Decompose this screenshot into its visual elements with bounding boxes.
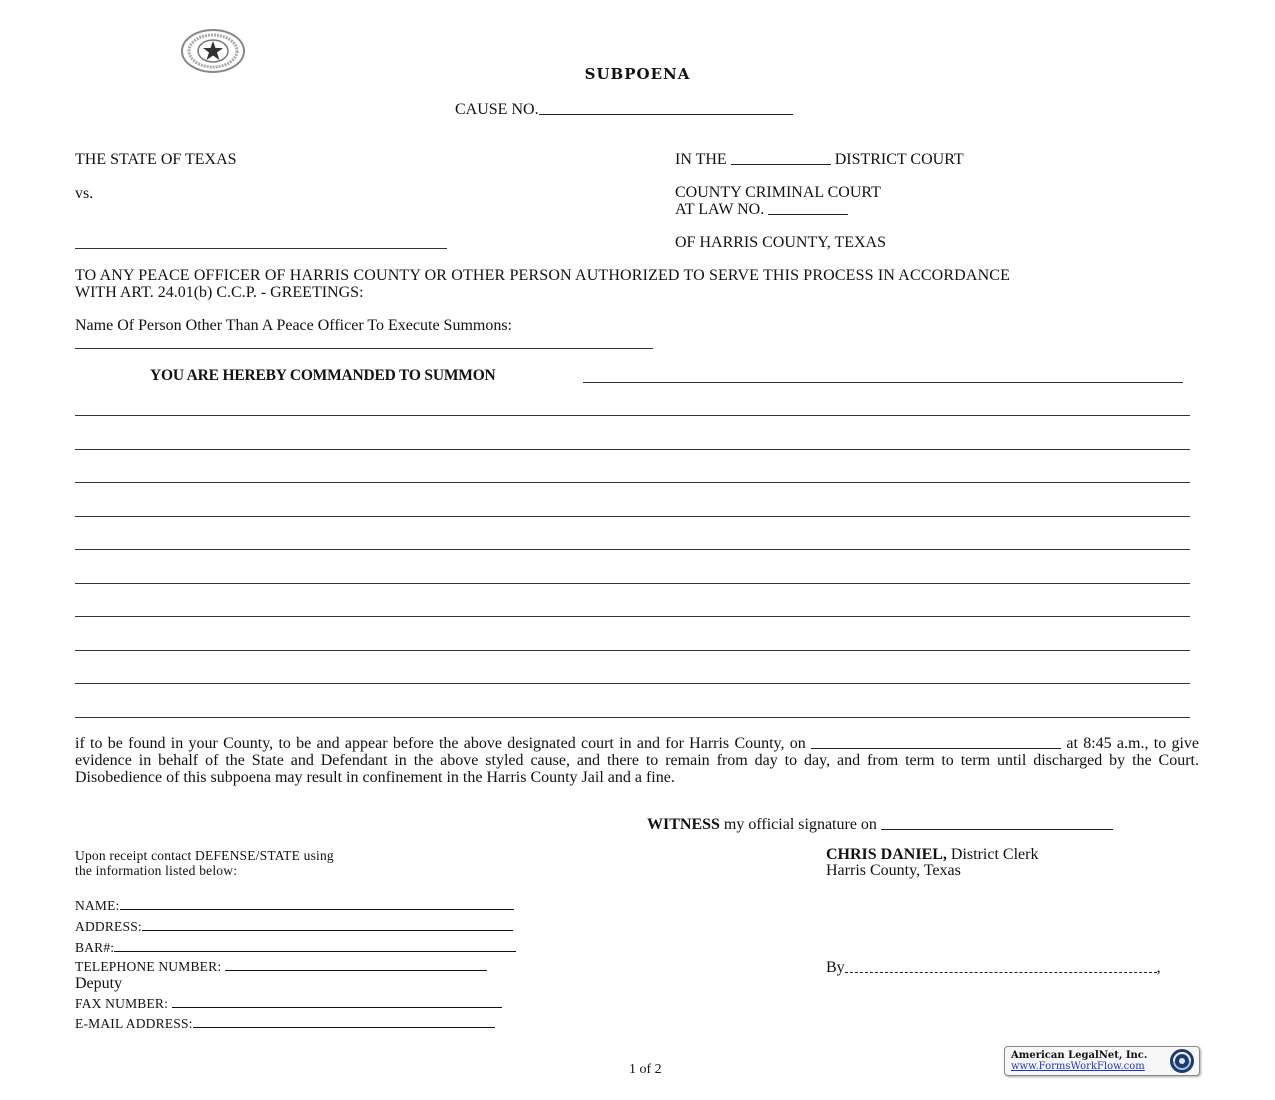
page-indicator: 1 of 2 <box>629 1062 662 1078</box>
cause-number-blank[interactable] <box>539 113 793 115</box>
deputy-label: Deputy <box>75 975 122 993</box>
witness-text: my official signature on <box>724 816 877 833</box>
county-criminal-court: COUNTY CRIMINAL COURT <box>675 184 881 202</box>
cause-number-field[interactable]: CAUSE NO. <box>455 101 793 119</box>
district-court-line: IN THE DISTRICT COURT <box>675 151 964 169</box>
american-legalnet-logo[interactable]: American LegalNet, Inc. www.FormsWorkFlo… <box>1004 1046 1200 1076</box>
address-input-line[interactable] <box>142 929 513 931</box>
address-field[interactable]: ADDRESS: <box>75 919 513 935</box>
summons-detail-blank-line[interactable] <box>75 616 1190 617</box>
bar-field[interactable]: BAR#: <box>75 940 516 956</box>
email-input-line[interactable] <box>193 1026 495 1028</box>
paragraph-part-1: if to be found in your County, to be and… <box>75 735 806 752</box>
summons-detail-blank-line[interactable] <box>75 482 1190 483</box>
witness-line: WITNESS my official signature on <box>647 816 1113 834</box>
name-label: NAME: <box>75 898 120 913</box>
command-text: YOU ARE HEREBY COMMANDED TO SUMMON <box>150 367 496 385</box>
witness-date-blank[interactable] <box>881 828 1113 830</box>
summons-detail-blank-line[interactable] <box>75 717 1190 718</box>
fax-input-line[interactable] <box>172 1006 502 1008</box>
email-field[interactable]: E-MAIL ADDRESS: <box>75 1016 495 1032</box>
summons-detail-blank-line[interactable] <box>75 449 1190 450</box>
at-law-label: AT LAW NO. <box>675 201 764 218</box>
name-field[interactable]: NAME: <box>75 898 514 914</box>
contact-intro-1: Upon receipt contact DEFENSE/STATE using <box>75 848 334 864</box>
district-prefix: IN THE <box>675 151 727 168</box>
bar-input-line[interactable] <box>114 950 516 952</box>
greeting-line-2: WITH ART. 24.01(b) C.C.P. - GREETINGS: <box>75 284 364 302</box>
cause-label: CAUSE NO. <box>455 101 539 118</box>
globe-icon <box>1169 1048 1195 1074</box>
by-suffix: , <box>1157 959 1161 976</box>
at-law-number-blank[interactable] <box>768 213 848 215</box>
state-of-texas: THE STATE OF TEXAS <box>75 151 237 169</box>
appearance-paragraph: if to be found in your County, to be and… <box>75 735 1199 786</box>
summons-detail-blank-line[interactable] <box>75 549 1190 550</box>
summons-detail-blank-line[interactable] <box>75 415 1190 416</box>
name-input-line[interactable] <box>120 908 514 910</box>
district-court-number-blank[interactable] <box>731 163 831 165</box>
at-law-line: AT LAW NO. <box>675 201 848 219</box>
summons-detail-blank-line[interactable] <box>75 683 1190 684</box>
clerk-name: CHRIS DANIEL, <box>826 846 947 863</box>
district-suffix: DISTRICT COURT <box>835 151 964 168</box>
versus-label: vs. <box>75 185 93 203</box>
summons-detail-blank-line[interactable] <box>75 650 1190 651</box>
by-label: By <box>826 959 845 976</box>
logo-url-link[interactable]: www.FormsWorkFlow.com <box>1011 1061 1145 1072</box>
email-label: E-MAIL ADDRESS: <box>75 1016 193 1031</box>
harris-county-line: OF HARRIS COUNTY, TEXAS <box>675 234 886 252</box>
address-label: ADDRESS: <box>75 919 142 934</box>
telephone-input-line[interactable] <box>225 969 487 971</box>
witness-label: WITNESS <box>647 816 720 833</box>
by-deputy-line: By, <box>826 959 1161 977</box>
greeting-line-1: TO ANY PEACE OFFICER OF HARRIS COUNTY OR… <box>75 267 1010 285</box>
summon-name-blank[interactable] <box>583 382 1183 383</box>
logo-company-name: American LegalNet, Inc. <box>1011 1050 1147 1061</box>
summons-detail-blank-line[interactable] <box>75 516 1190 517</box>
document-title: SUBPOENA <box>0 65 1275 83</box>
deputy-signature-blank[interactable] <box>845 971 1157 973</box>
other-person-label: Name Of Person Other Than A Peace Office… <box>75 317 512 335</box>
appearance-date-blank[interactable] <box>811 747 1061 749</box>
clerk-county: Harris County, Texas <box>826 862 961 880</box>
defendant-name-blank[interactable] <box>75 248 447 249</box>
fax-label: FAX NUMBER: <box>75 996 168 1011</box>
contact-intro-2: the information listed below: <box>75 863 237 879</box>
summons-detail-blank-line[interactable] <box>75 583 1190 584</box>
clerk-title: District Clerk <box>951 846 1039 863</box>
fax-field[interactable]: FAX NUMBER: <box>75 996 502 1012</box>
telephone-label: TELEPHONE NUMBER: <box>75 959 221 974</box>
telephone-field[interactable]: TELEPHONE NUMBER: <box>75 959 487 975</box>
bar-label: BAR#: <box>75 940 114 955</box>
other-person-name-blank[interactable] <box>75 348 653 349</box>
